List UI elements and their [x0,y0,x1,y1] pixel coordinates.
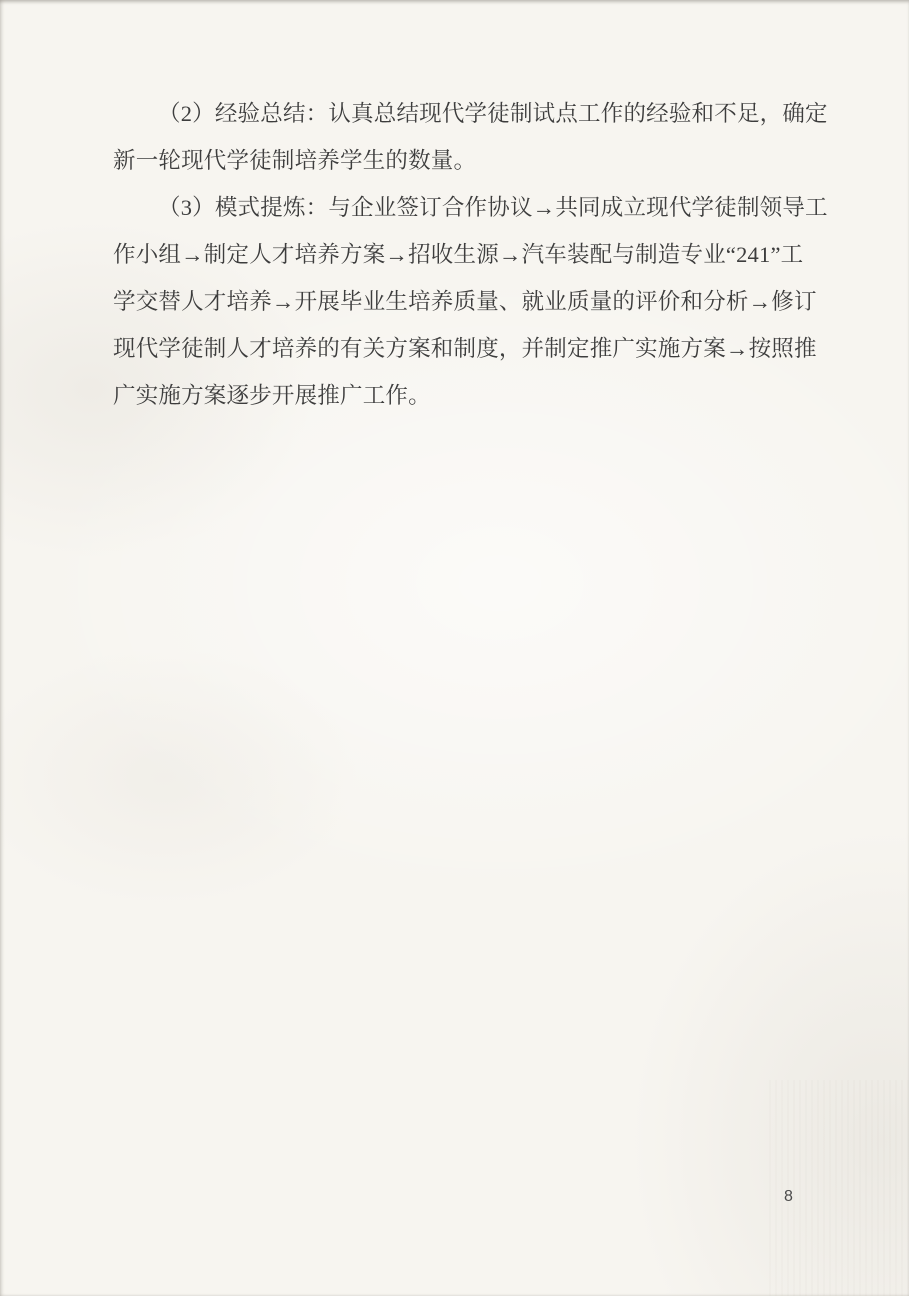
text-line: （2）经验总结：认真总结现代学徒制试点工作的经验和不足，确定 [113,90,796,137]
scanned-document-page: （2）经验总结：认真总结现代学徒制试点工作的经验和不足，确定 新一轮现代学徒制培… [0,0,909,1296]
paragraph-model-refinement: （3）模式提炼：与企业签订合作协议→共同成立现代学徒制领导工 作小组→制定人才培… [113,184,796,419]
page-number: 8 [784,1188,793,1206]
document-body: （2）经验总结：认真总结现代学徒制试点工作的经验和不足，确定 新一轮现代学徒制培… [113,90,796,419]
text-line: 新一轮现代学徒制培养学生的数量。 [113,137,796,184]
text-line: 现代学徒制人才培养的有关方案和制度，并制定推广实施方案→按照推 [113,325,796,372]
text-line: （3）模式提炼：与企业签订合作协议→共同成立现代学徒制领导工 [113,184,796,231]
text-line: 广实施方案逐步开展推广工作。 [113,372,796,419]
text-line: 作小组→制定人才培养方案→招收生源→汽车装配与制造专业“241”工 [113,231,796,278]
text-line: 学交替人才培养→开展毕业生培养质量、就业质量的评价和分析→修订 [113,278,796,325]
paragraph-experience-summary: （2）经验总结：认真总结现代学徒制试点工作的经验和不足，确定 新一轮现代学徒制培… [113,90,796,184]
